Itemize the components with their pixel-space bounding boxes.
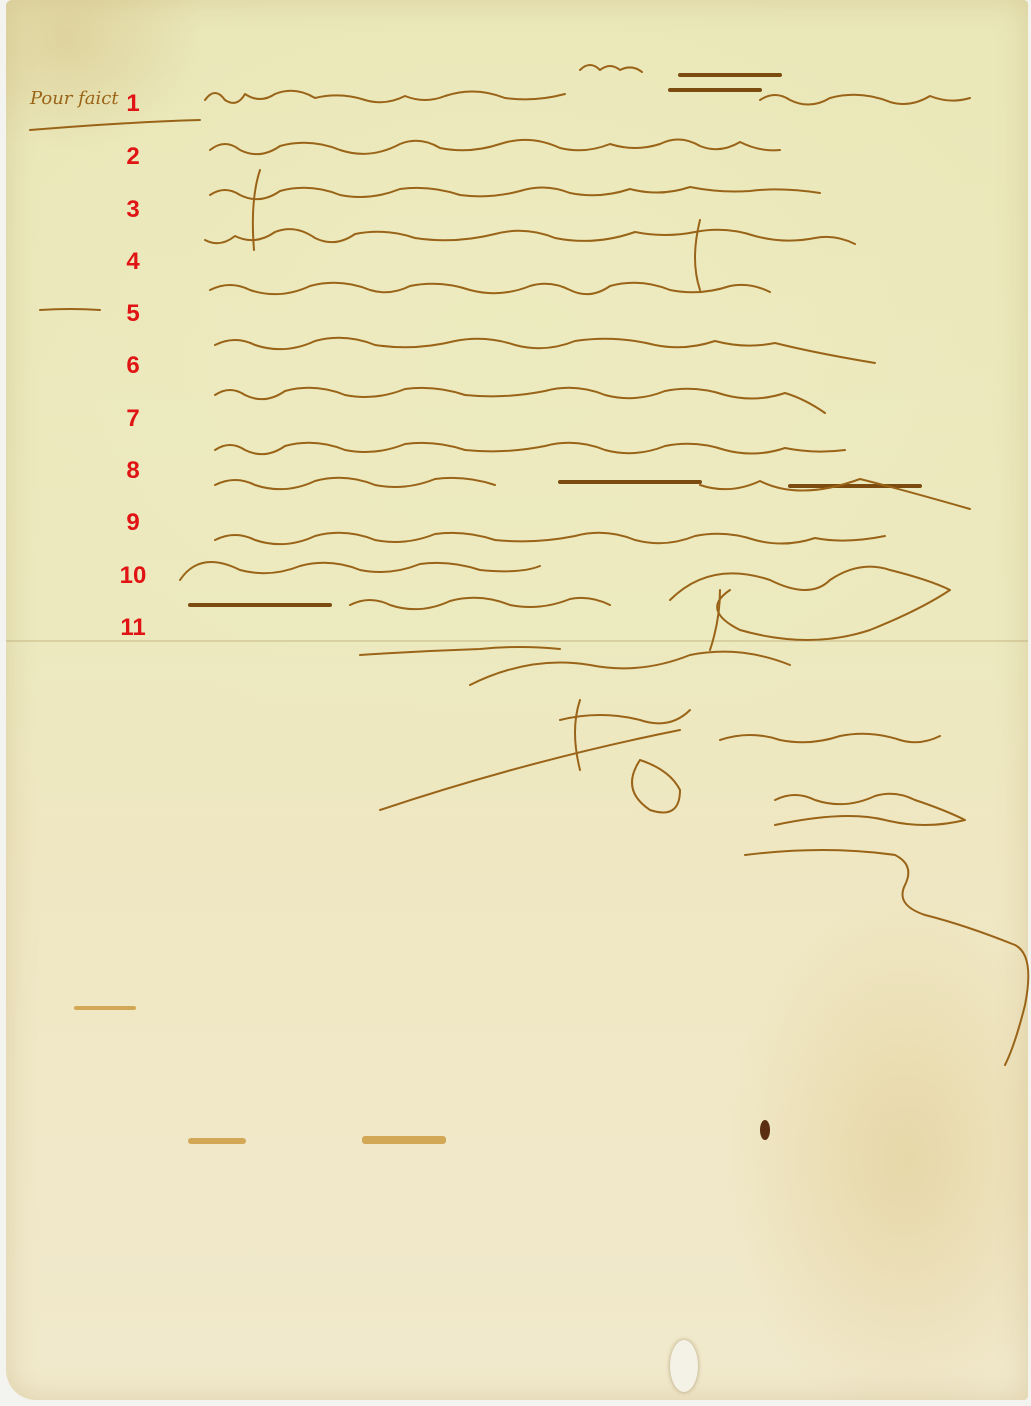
- handwriting-strokes: [0, 0, 1031, 1406]
